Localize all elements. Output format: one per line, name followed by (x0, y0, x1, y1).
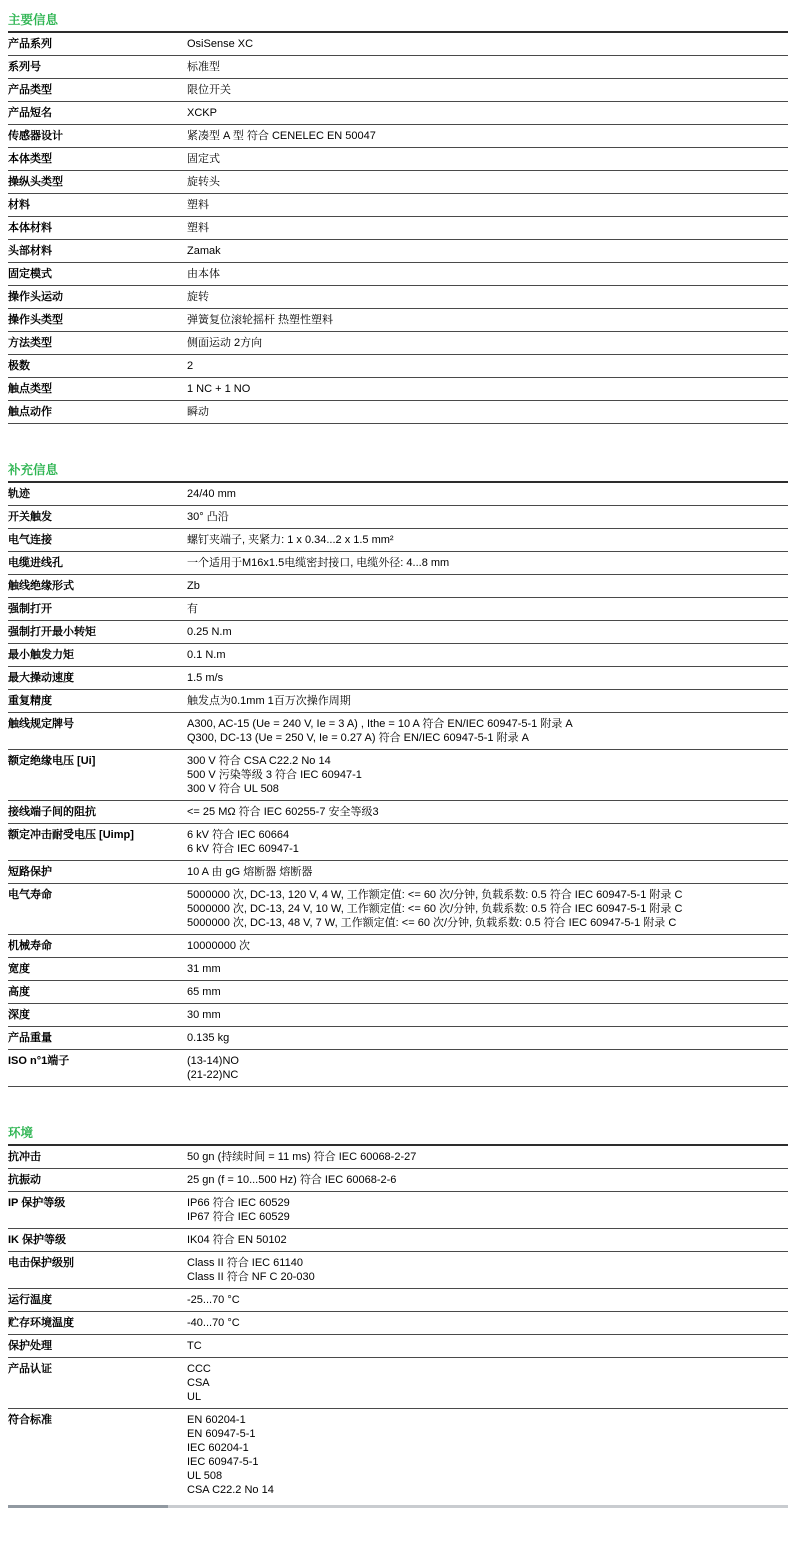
spec-row: 贮存环境温度 -40...70 °C (8, 1312, 788, 1335)
row-value: 旋转头 (187, 175, 788, 189)
spec-row: ISO n°1端子 (13-14)NO (21-22)NC (8, 1050, 788, 1087)
row-label: 极数 (8, 359, 187, 373)
spec-row: 操纵头类型 旋转头 (8, 171, 788, 194)
row-label: 抗冲击 (8, 1150, 187, 1164)
row-value: 弹簧复位滚轮摇杆 热塑性塑料 (187, 313, 788, 327)
row-value: 限位开关 (187, 83, 788, 97)
row-value: CCC CSA UL (187, 1362, 788, 1404)
row-label: 强制打开最小转矩 (8, 625, 187, 639)
spec-table: 轨迹 24/40 mm 开关触发 30° 凸沿 电气连接 螺钉夹端子, 夹紧力:… (8, 481, 788, 1087)
spec-row: 短路保护 10 A 由 gG 熔断器 熔断器 (8, 861, 788, 884)
row-value: IK04 符合 EN 50102 (187, 1233, 788, 1247)
row-value: 瞬动 (187, 405, 788, 419)
row-value: Zamak (187, 244, 788, 258)
section-title: 主要信息 (8, 12, 788, 28)
row-label: 触线规定牌号 (8, 717, 187, 731)
row-value: 1.5 m/s (187, 671, 788, 685)
row-label: 产品类型 (8, 83, 187, 97)
row-value: IP66 符合 IEC 60529 IP67 符合 IEC 60529 (187, 1196, 788, 1224)
row-label: 短路保护 (8, 865, 187, 879)
spec-row: 抗振动 25 gn (f = 10...500 Hz) 符合 IEC 60068… (8, 1169, 788, 1192)
row-label: 触点类型 (8, 382, 187, 396)
row-label: 重复精度 (8, 694, 187, 708)
row-label: 运行温度 (8, 1293, 187, 1307)
row-value: EN 60204-1 EN 60947-5-1 IEC 60204-1 IEC … (187, 1413, 788, 1497)
spec-row: 极数 2 (8, 355, 788, 378)
row-label: 产品重量 (8, 1031, 187, 1045)
row-value: 一个适用于M16x1.5电缆密封接口, 电缆外径: 4...8 mm (187, 556, 788, 570)
spec-row: 产品类型 限位开关 (8, 79, 788, 102)
row-label: 抗振动 (8, 1173, 187, 1187)
row-label: ISO n°1端子 (8, 1054, 187, 1068)
spec-sections-container: 主要信息 产品系列 OsiSense XC 系列号 标准型 产品类型 限位开关 … (8, 12, 788, 1501)
spec-row: 触点动作 瞬动 (8, 401, 788, 424)
row-label: 额定绝缘电压 [Ui] (8, 754, 187, 768)
spec-row: 强制打开 有 (8, 598, 788, 621)
row-value: OsiSense XC (187, 37, 788, 51)
row-label: 产品短名 (8, 106, 187, 120)
row-value: 30 mm (187, 1008, 788, 1022)
row-value: 侧面运动 2方向 (187, 336, 788, 350)
row-value: 0.135 kg (187, 1031, 788, 1045)
spec-row: 电击保护级别 Class II 符合 IEC 61140 Class II 符合… (8, 1252, 788, 1289)
spec-table: 产品系列 OsiSense XC 系列号 标准型 产品类型 限位开关 产品短名 … (8, 31, 788, 424)
row-label: 操作头类型 (8, 313, 187, 327)
row-label: 开关触发 (8, 510, 187, 524)
spec-row: 电缆进线孔 一个适用于M16x1.5电缆密封接口, 电缆外径: 4...8 mm (8, 552, 788, 575)
spec-section: 补充信息 轨迹 24/40 mm 开关触发 30° 凸沿 电气连接 螺钉夹端子,… (8, 462, 788, 1087)
row-value: 由本体 (187, 267, 788, 281)
row-label: 高度 (8, 985, 187, 999)
row-label: 方法类型 (8, 336, 187, 350)
row-value: TC (187, 1339, 788, 1353)
row-value: 塑料 (187, 198, 788, 212)
row-value: 有 (187, 602, 788, 616)
spec-row: 机械寿命 10000000 次 (8, 935, 788, 958)
spec-row: 方法类型 侧面运动 2方向 (8, 332, 788, 355)
row-value: 触发点为0.1mm 1百万次操作周期 (187, 694, 788, 708)
spec-table: 抗冲击 50 gn (持续时间 = 11 ms) 符合 IEC 60068-2-… (8, 1144, 788, 1501)
spec-row: 头部材料 Zamak (8, 240, 788, 263)
spec-row: 触线绝缘形式 Zb (8, 575, 788, 598)
row-value: 5000000 次, DC-13, 120 V, 4 W, 工作额定值: <= … (187, 888, 788, 930)
spec-row: 操作头运动 旋转 (8, 286, 788, 309)
spec-row: IK 保护等级 IK04 符合 EN 50102 (8, 1229, 788, 1252)
spec-row: 产品系列 OsiSense XC (8, 33, 788, 56)
spec-row: 触线规定牌号 A300, AC-15 (Ue = 240 V, Ie = 3 A… (8, 713, 788, 750)
spec-row: 传感器设计 紧凑型 A 型 符合 CENELEC EN 50047 (8, 125, 788, 148)
row-value: 25 gn (f = 10...500 Hz) 符合 IEC 60068-2-6 (187, 1173, 788, 1187)
row-label: 强制打开 (8, 602, 187, 616)
row-value: 31 mm (187, 962, 788, 976)
row-label: 电气连接 (8, 533, 187, 547)
row-label: 电击保护级别 (8, 1256, 187, 1270)
row-value: A300, AC-15 (Ue = 240 V, Ie = 3 A) , Ith… (187, 717, 788, 745)
row-label: 传感器设计 (8, 129, 187, 143)
row-value: 塑料 (187, 221, 788, 235)
row-value: 50 gn (持续时间 = 11 ms) 符合 IEC 60068-2-27 (187, 1150, 788, 1164)
row-label: IP 保护等级 (8, 1196, 187, 1210)
row-label: 保护处理 (8, 1339, 187, 1353)
row-label: 固定模式 (8, 267, 187, 281)
row-label: 触点动作 (8, 405, 187, 419)
row-label: IK 保护等级 (8, 1233, 187, 1247)
spec-section: 环境 抗冲击 50 gn (持续时间 = 11 ms) 符合 IEC 60068… (8, 1125, 788, 1501)
row-label: 操作头运动 (8, 290, 187, 304)
row-label: 电气寿命 (8, 888, 187, 902)
row-label: 电缆进线孔 (8, 556, 187, 570)
spec-row: 本体类型 固定式 (8, 148, 788, 171)
row-value: 10 A 由 gG 熔断器 熔断器 (187, 865, 788, 879)
row-value: -40...70 °C (187, 1316, 788, 1330)
page-bottom-divider (8, 1505, 788, 1508)
spec-row: 开关触发 30° 凸沿 (8, 506, 788, 529)
row-label: 触线绝缘形式 (8, 579, 187, 593)
spec-row: 操作头类型 弹簧复位滚轮摇杆 热塑性塑料 (8, 309, 788, 332)
spec-section: 主要信息 产品系列 OsiSense XC 系列号 标准型 产品类型 限位开关 … (8, 12, 788, 424)
spec-row: 电气连接 螺钉夹端子, 夹紧力: 1 x 0.34...2 x 1.5 mm² (8, 529, 788, 552)
spec-row: 符合标准 EN 60204-1 EN 60947-5-1 IEC 60204-1… (8, 1409, 788, 1501)
row-value: 30° 凸沿 (187, 510, 788, 524)
spec-row: 最小触发力矩 0.1 N.m (8, 644, 788, 667)
spec-row: 轨迹 24/40 mm (8, 483, 788, 506)
row-value: Zb (187, 579, 788, 593)
section-title: 补充信息 (8, 462, 788, 478)
row-value: XCKP (187, 106, 788, 120)
row-label: 材料 (8, 198, 187, 212)
page-bottom-divider-dark-segment (8, 1505, 168, 1508)
row-label: 头部材料 (8, 244, 187, 258)
row-label: 贮存环境温度 (8, 1316, 187, 1330)
section-title: 环境 (8, 1125, 788, 1141)
row-value: 24/40 mm (187, 487, 788, 501)
row-label: 操纵头类型 (8, 175, 187, 189)
spec-row: 接线端子间的阻抗 <= 25 MΩ 符合 IEC 60255-7 安全等级3 (8, 801, 788, 824)
row-value: 65 mm (187, 985, 788, 999)
row-label: 接线端子间的阻抗 (8, 805, 187, 819)
row-value: (13-14)NO (21-22)NC (187, 1054, 788, 1082)
spec-row: 深度 30 mm (8, 1004, 788, 1027)
row-label: 产品系列 (8, 37, 187, 51)
row-value: 1 NC + 1 NO (187, 382, 788, 396)
spec-row: 产品认证 CCC CSA UL (8, 1358, 788, 1409)
row-value: 10000000 次 (187, 939, 788, 953)
row-label: 机械寿命 (8, 939, 187, 953)
row-label: 宽度 (8, 962, 187, 976)
row-value: -25...70 °C (187, 1293, 788, 1307)
row-label: 系列号 (8, 60, 187, 74)
row-value: Class II 符合 IEC 61140 Class II 符合 NF C 2… (187, 1256, 788, 1284)
spec-row: 触点类型 1 NC + 1 NO (8, 378, 788, 401)
row-label: 产品认证 (8, 1362, 187, 1376)
row-value: 螺钉夹端子, 夹紧力: 1 x 0.34...2 x 1.5 mm² (187, 533, 788, 547)
row-value: 0.25 N.m (187, 625, 788, 639)
spec-row: 运行温度 -25...70 °C (8, 1289, 788, 1312)
spec-row: 材料 塑料 (8, 194, 788, 217)
spec-row: 产品短名 XCKP (8, 102, 788, 125)
spec-row: 额定冲击耐受电压 [Uimp] 6 kV 符合 IEC 60664 6 kV 符… (8, 824, 788, 861)
row-label: 轨迹 (8, 487, 187, 501)
spec-row: 产品重量 0.135 kg (8, 1027, 788, 1050)
row-value: <= 25 MΩ 符合 IEC 60255-7 安全等级3 (187, 805, 788, 819)
row-value: 旋转 (187, 290, 788, 304)
spec-row: IP 保护等级 IP66 符合 IEC 60529 IP67 符合 IEC 60… (8, 1192, 788, 1229)
spec-row: 保护处理 TC (8, 1335, 788, 1358)
row-label: 符合标准 (8, 1413, 187, 1427)
spec-row: 系列号 标准型 (8, 56, 788, 79)
row-value: 紧凑型 A 型 符合 CENELEC EN 50047 (187, 129, 788, 143)
spec-row: 抗冲击 50 gn (持续时间 = 11 ms) 符合 IEC 60068-2-… (8, 1146, 788, 1169)
row-label: 最大操动速度 (8, 671, 187, 685)
row-value: 2 (187, 359, 788, 373)
row-value: 6 kV 符合 IEC 60664 6 kV 符合 IEC 60947-1 (187, 828, 788, 856)
row-label: 本体类型 (8, 152, 187, 166)
row-label: 本体材料 (8, 221, 187, 235)
row-value: 固定式 (187, 152, 788, 166)
product-datasheet: 主要信息 产品系列 OsiSense XC 系列号 标准型 产品类型 限位开关 … (0, 0, 796, 1508)
spec-row: 固定模式 由本体 (8, 263, 788, 286)
spec-row: 最大操动速度 1.5 m/s (8, 667, 788, 690)
spec-row: 额定绝缘电压 [Ui] 300 V 符合 CSA C22.2 No 14 500… (8, 750, 788, 801)
row-label: 额定冲击耐受电压 [Uimp] (8, 828, 187, 842)
row-label: 深度 (8, 1008, 187, 1022)
row-value: 标准型 (187, 60, 788, 74)
spec-row: 电气寿命 5000000 次, DC-13, 120 V, 4 W, 工作额定值… (8, 884, 788, 935)
spec-row: 强制打开最小转矩 0.25 N.m (8, 621, 788, 644)
row-label: 最小触发力矩 (8, 648, 187, 662)
spec-row: 重复精度 触发点为0.1mm 1百万次操作周期 (8, 690, 788, 713)
row-value: 300 V 符合 CSA C22.2 No 14 500 V 污染等级 3 符合… (187, 754, 788, 796)
row-value: 0.1 N.m (187, 648, 788, 662)
spec-row: 本体材料 塑料 (8, 217, 788, 240)
spec-row: 宽度 31 mm (8, 958, 788, 981)
spec-row: 高度 65 mm (8, 981, 788, 1004)
